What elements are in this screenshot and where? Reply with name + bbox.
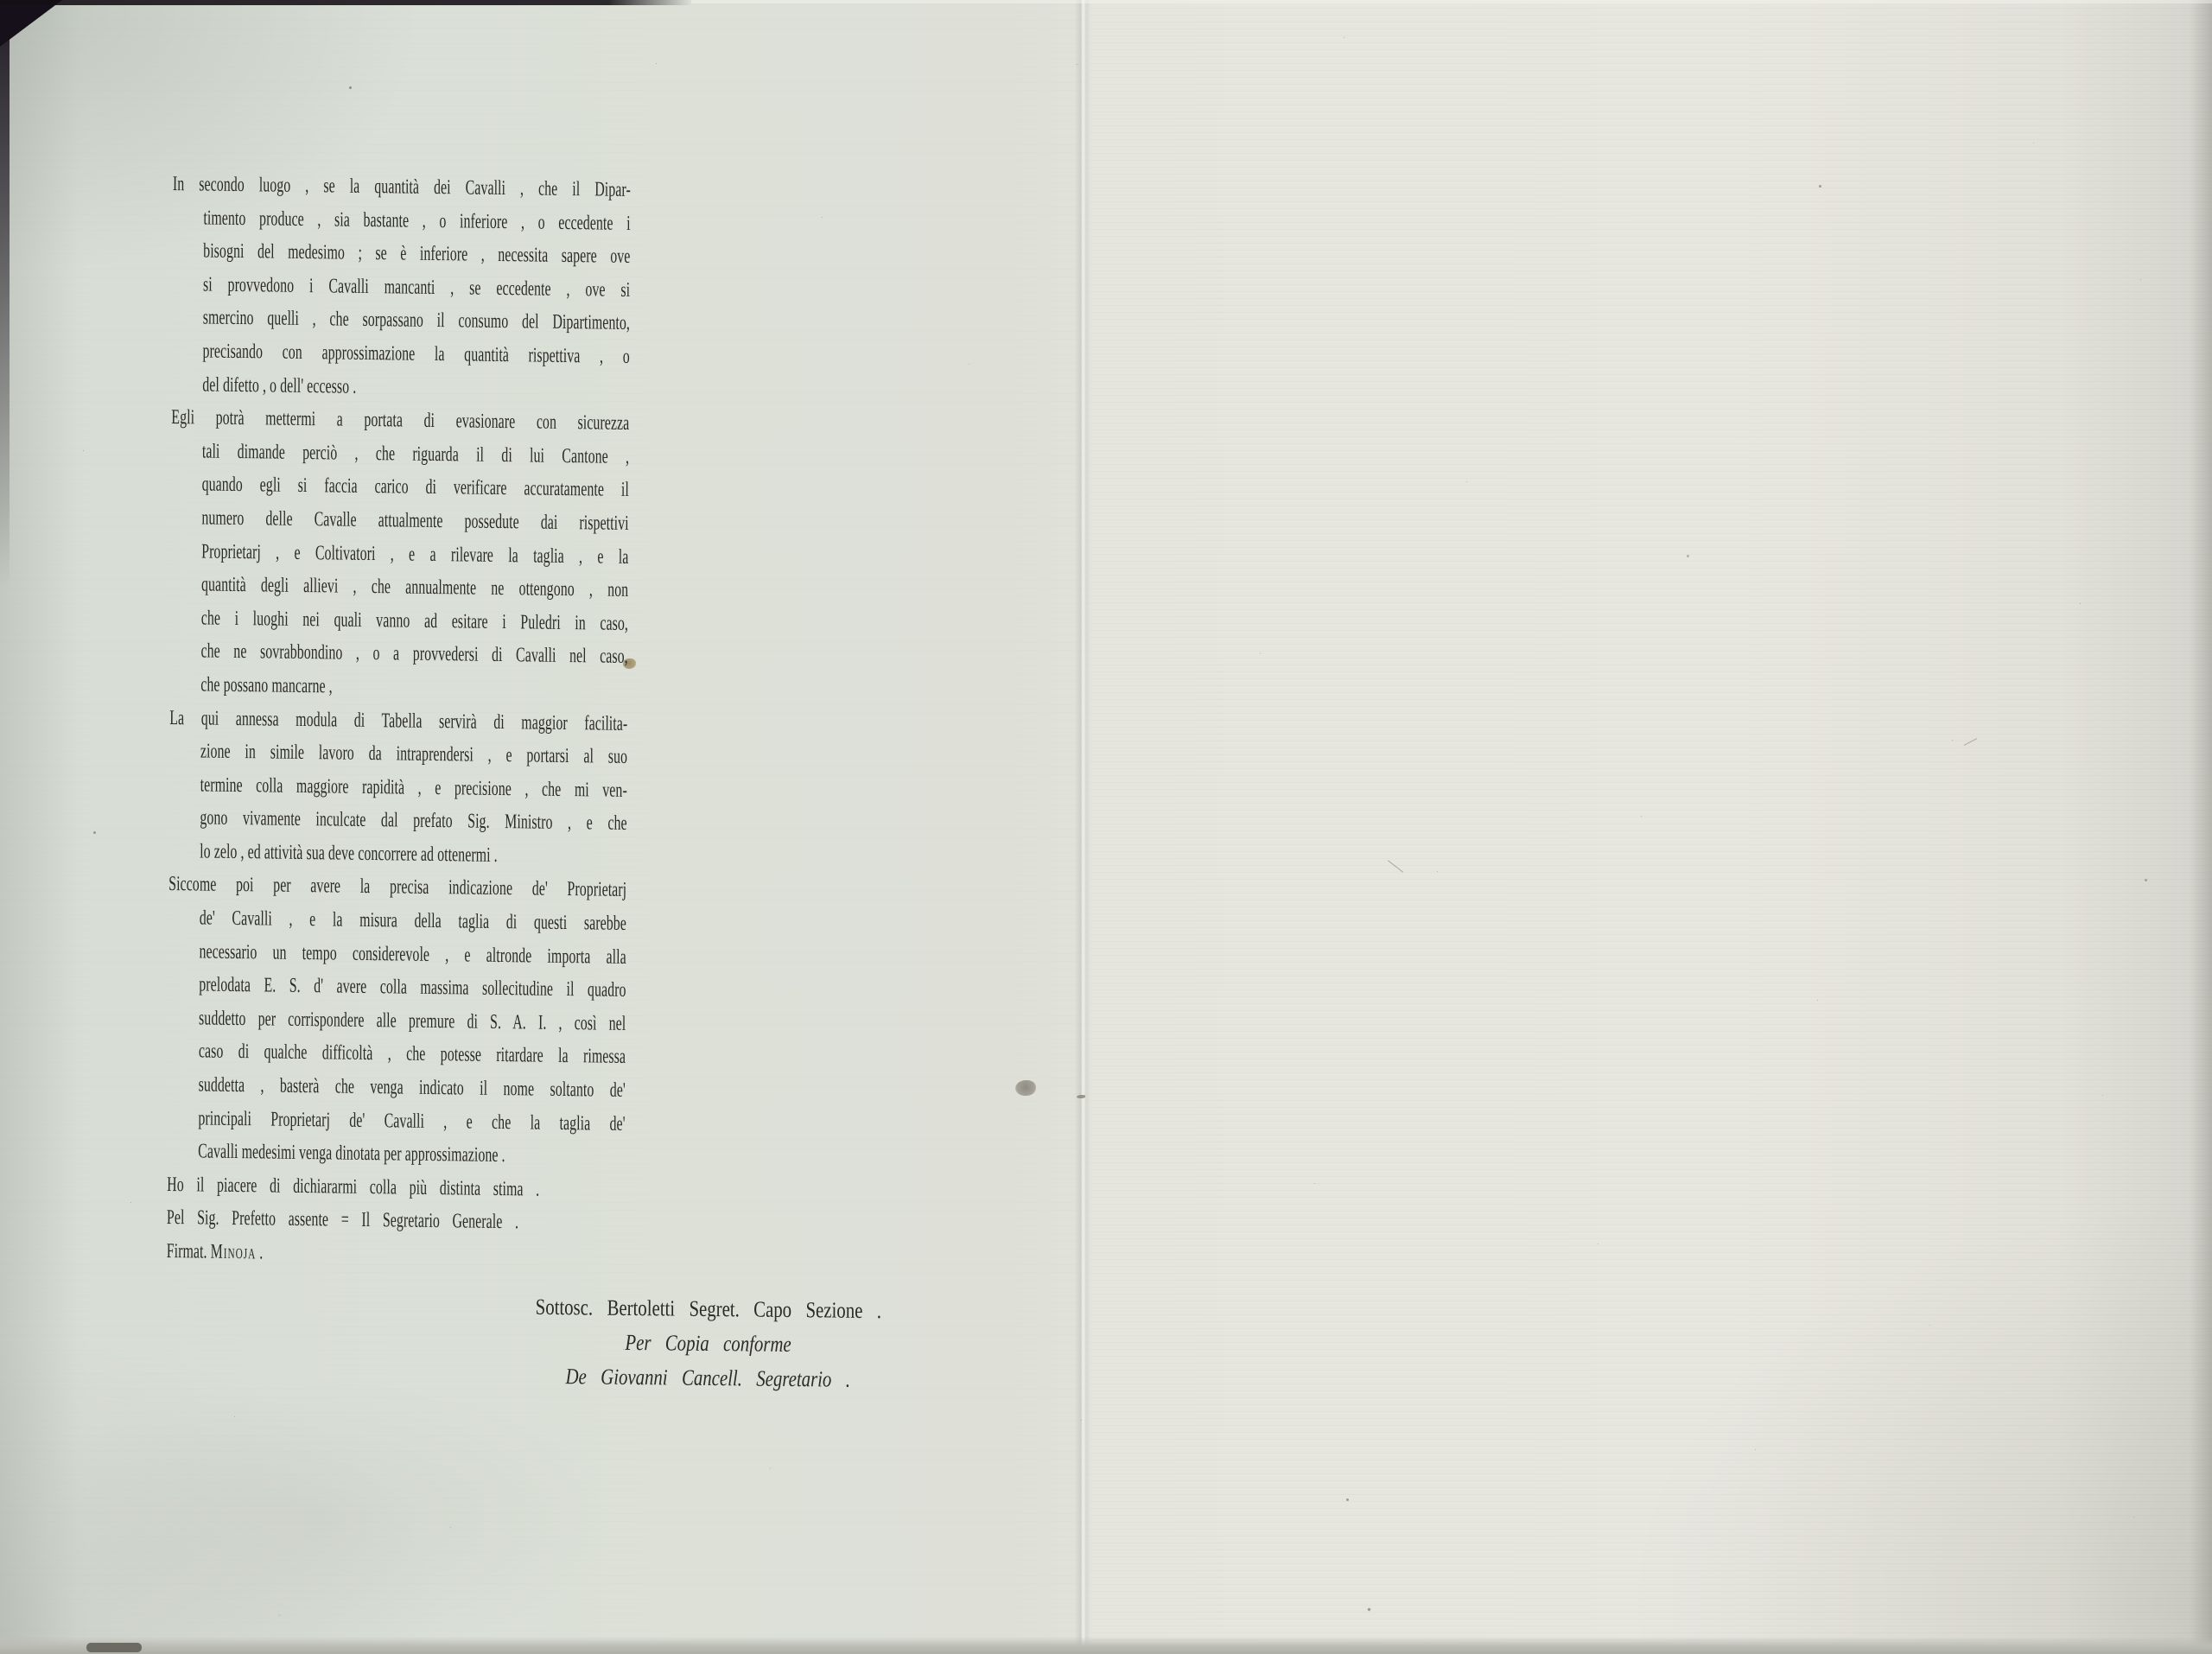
firmat-name: Minoja: [211, 1241, 257, 1264]
signature-firmat-line: Firmat. Minoja .: [167, 1235, 625, 1275]
firmat-period: .: [256, 1241, 263, 1263]
paragraph: La qui annessa modula di Tabella servirà…: [168, 701, 627, 874]
scanner-edge-blotch: [86, 1643, 142, 1652]
text-line: precisando con approssimazione la quanti…: [172, 334, 630, 374]
text-line: quantità degli allievi , che annualmente…: [170, 568, 628, 608]
closing-lines: Ho il piacere di dichiararmi colla più d…: [167, 1168, 625, 1241]
text-line: Egli potrà mettermi a portata di evasion…: [171, 401, 629, 441]
paragraph: Siccome poi per avere la precisa indicaz…: [167, 868, 626, 1174]
firmat-label: Firmat.: [167, 1240, 207, 1263]
scanned-document-page: In secondo luogo , se la quantità dei Ca…: [0, 0, 2212, 1654]
paper-blemish: [1015, 1080, 1036, 1096]
text-line: suddetta , basterà che venga indicato il…: [168, 1068, 626, 1108]
signature-block: Sottosc. Bertoletti Segret. Capo Sezione…: [155, 1286, 1262, 1402]
scanner-edge-bottom: [0, 1637, 2212, 1654]
laid-paper-texture-right: [1090, 0, 2212, 1654]
paragraph: Egli potrà mettermi a portata di evasion…: [169, 401, 629, 707]
text-line: che possano mancarne ,: [169, 668, 627, 708]
text-line: bisogni del medesimo ; se è inferiore , …: [172, 234, 630, 274]
scanner-edge-left: [0, 0, 10, 588]
fold-crease: [1075, 0, 1090, 1654]
text-line: In secondo luogo , se la quantità dei Ca…: [173, 168, 631, 207]
text-line: zione in simile lavoro da intraprendersi…: [169, 735, 627, 774]
text-line: de' Cavalli , e la misura della taglia d…: [168, 901, 626, 941]
text-line: prelodata E. S. d' avere colla massima s…: [168, 968, 626, 1008]
body-paragraphs: In secondo luogo , se la quantità dei Ca…: [167, 168, 631, 1174]
text-line: numero delle Cavalle attualmente possedu…: [171, 501, 629, 541]
scanner-edge-top: [0, 0, 691, 5]
text-line: gono vivamente inculcate dal prefato Sig…: [169, 801, 627, 841]
text-line: Cavalli medesimi venga dinotata per appr…: [167, 1135, 625, 1174]
scanner-edge-top-right: [691, 0, 2212, 3]
text-column: In secondo luogo , se la quantità dei Ca…: [167, 168, 631, 1275]
paragraph: In secondo luogo , se la quantità dei Ca…: [171, 168, 631, 407]
